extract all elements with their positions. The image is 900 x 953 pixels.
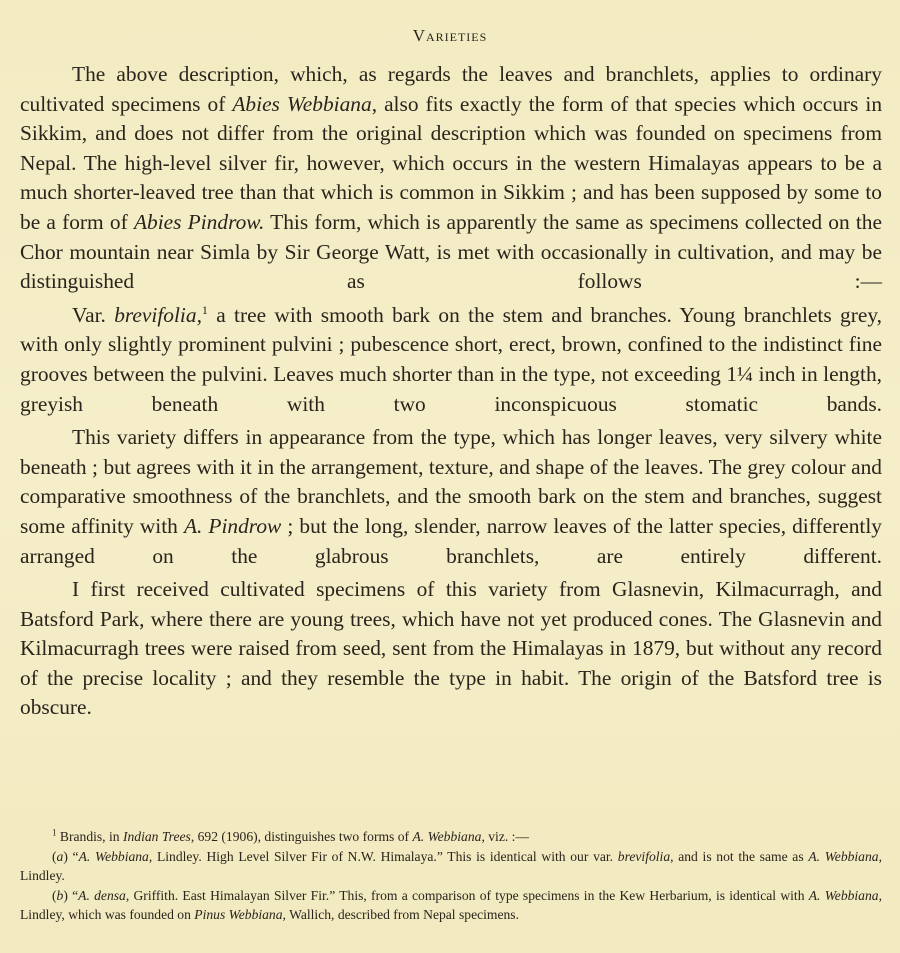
text-run: ) “ xyxy=(63,849,78,864)
italic-text: A. Webbiana xyxy=(412,829,481,844)
text-run: , Lindley. High Level Silver Fir of N.W.… xyxy=(149,849,618,864)
text-run: Var. xyxy=(72,303,114,327)
footnotes: 1 Brandis, in Indian Trees, 692 (1906), … xyxy=(20,827,882,925)
footnote: 1 Brandis, in Indian Trees, 692 (1906), … xyxy=(20,827,882,847)
footnote: (a) “A. Webbiana, Lindley. High Level Si… xyxy=(20,847,882,886)
text-run: , Wallich, described from Nepal specimen… xyxy=(283,907,519,922)
paragraph: The above description, which, as regards… xyxy=(20,60,882,297)
section-heading: Varieties xyxy=(0,26,900,46)
italic-text: A. densa xyxy=(78,888,126,903)
italic-text: Abies Webbiana xyxy=(232,92,371,116)
italic-text: A. Webbiana xyxy=(809,888,879,903)
paragraph: This variety differs in appearance from … xyxy=(20,423,882,571)
italic-text: A. Pindrow xyxy=(184,514,281,538)
text-run: , Griffith. East Himalayan Silver Fir.” … xyxy=(126,888,809,903)
italic-text: brevifolia, xyxy=(114,303,202,327)
text-run: Brandis, in xyxy=(57,829,123,844)
text-run: ) “ xyxy=(63,888,78,903)
italic-text: Indian Trees xyxy=(123,829,191,844)
book-page: Varieties The above description, which, … xyxy=(0,0,900,953)
text-run: , viz. :— xyxy=(481,829,529,844)
paragraph: I first received cultivated specimens of… xyxy=(20,575,882,723)
italic-text: A. Webbiana xyxy=(79,849,149,864)
italic-text: brevifolia xyxy=(618,849,670,864)
italic-text: Abies Pindrow. xyxy=(134,210,264,234)
italic-text: A. Webbiana xyxy=(808,849,878,864)
body-text: The above description, which, as regards… xyxy=(20,60,882,723)
text-run: I first received cultivated specimens of… xyxy=(20,577,882,719)
italic-text: Pinus Webbiana xyxy=(194,907,282,922)
text-run: , 692 (1906), distinguishes two forms of xyxy=(191,829,413,844)
text-run: , and is not the same as xyxy=(670,849,808,864)
footnote: (b) “A. densa, Griffith. East Himalayan … xyxy=(20,886,882,925)
paragraph: Var. brevifolia,1 a tree with smooth bar… xyxy=(20,301,882,419)
